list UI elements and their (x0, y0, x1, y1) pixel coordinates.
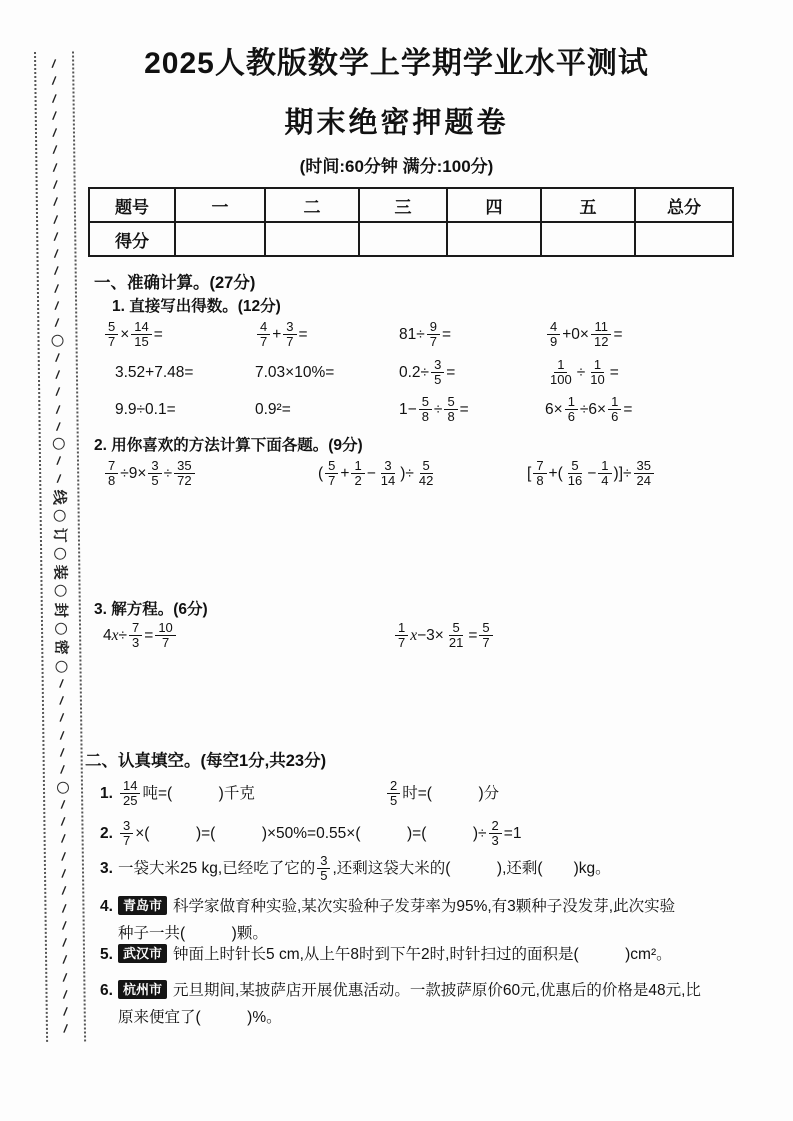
fraction: 14 (598, 459, 611, 487)
fraction: 107 (155, 621, 175, 649)
slash-mark: / (59, 695, 65, 707)
section2-heading: 二、认真填空。(每空1分,共23分) (85, 747, 326, 771)
item-text: 元旦期间,某披萨店开展优惠活动。一款披萨原价60元,优惠后的价格是48元,比 原… (118, 982, 701, 1026)
seal-char: 订 (52, 527, 67, 542)
exam-info: (时间:60分钟 满分:100分) (0, 152, 793, 177)
fraction: 73 (129, 621, 142, 649)
slash-mark: / (61, 833, 67, 845)
ring-mark (54, 548, 66, 560)
score-header-cell: 三 (359, 188, 447, 222)
page-subtitle: 期末绝密押题卷 (0, 100, 793, 141)
calc-row: 57×1415= 47+37= 81÷97= 49+0×1112= (103, 316, 623, 354)
slash-mark: / (54, 299, 60, 311)
fill-item: 4. 青岛市科学家做育种实验,某次实验种子发芽率为95%,有3颗种子没发芽,此次… (100, 893, 782, 947)
fraction: 58 (419, 395, 432, 423)
slash-mark: / (56, 472, 62, 484)
fill-item: 1. 1425吨=( )千克 (100, 780, 255, 808)
slash-mark: / (62, 919, 68, 931)
slash-mark: / (60, 729, 66, 741)
city-badge: 武汉市 (118, 944, 167, 963)
item-number: 1. (100, 780, 118, 807)
variable-x: x (112, 627, 119, 644)
item-number: 3. (100, 855, 118, 882)
fill-item: 6. 杭州市元旦期间,某披萨店开展优惠活动。一款披萨原价60元,优惠后的价格是4… (100, 977, 782, 1031)
calc-cell: 47+37= (255, 321, 399, 349)
score-value-row: 得分 (89, 222, 733, 256)
calc-cell: 49+0×1112= (545, 321, 623, 349)
slash-mark: / (54, 317, 60, 329)
item-number: 5. (100, 941, 118, 968)
calc-cell: 57×1415= (103, 321, 255, 349)
fraction: 16 (608, 395, 621, 423)
slash-mark: / (61, 850, 67, 862)
ring-mark (53, 438, 65, 450)
fraction: 23 (489, 819, 502, 847)
score-header-cell: 五 (541, 188, 635, 222)
fraction: 16 (565, 395, 578, 423)
calc-cell: 3.52+7.48= (103, 364, 255, 382)
fraction: 314 (378, 459, 398, 487)
slash-mark: / (61, 867, 67, 879)
score-header-row: 题号 一 二 三 四 五 总分 (89, 188, 733, 222)
item-text: 37×( )=( )×50%=0.55×( )=( )÷23=1 (118, 820, 521, 848)
ring-mark (55, 660, 67, 672)
item-text: 科学家做育种实验,某次实验种子发芽率为95%,有3颗种子没发芽,此次实验 种子一… (118, 898, 675, 942)
calc-cell: 1100÷110= (545, 359, 619, 387)
slash-mark: / (53, 179, 59, 191)
slash-mark: / (63, 988, 69, 1000)
ring-mark (54, 510, 66, 522)
slash-mark: / (56, 420, 62, 432)
calc-row: 9.9÷0.1= 0.9²= 1−58÷58= 6×16÷6×16= (103, 391, 632, 429)
fraction: 78 (105, 459, 118, 487)
slash-mark: / (55, 369, 61, 381)
item-text: 1425吨=( )千克 (118, 780, 255, 808)
fraction: 110 (587, 358, 607, 386)
slash-mark: / (59, 677, 65, 689)
slash-mark: / (55, 386, 61, 398)
seal-char: 装 (53, 565, 68, 580)
slash-mark: / (61, 816, 67, 828)
item-number: 4. (100, 893, 118, 920)
fraction: 57 (325, 459, 338, 487)
expression: (57+12−314)÷542 (318, 460, 438, 488)
city-badge: 杭州市 (118, 980, 167, 999)
fraction: 25 (387, 779, 400, 807)
slash-mark: / (62, 902, 68, 914)
fill-item: 2. 37×( )=( )×50%=0.55×( )=( )÷23=1 (100, 820, 521, 848)
item-body: 青岛市科学家做育种实验,某次实验种子发芽率为95%,有3颗种子没发芽,此次实验 … (118, 893, 675, 947)
slash-mark: / (54, 265, 60, 277)
slash-mark: / (60, 746, 66, 758)
fill-item: 5. 武汉市钟面上时针长5 cm,从上午8时到下午2时,时针扫过的面积是( )c… (100, 941, 782, 968)
fraction: 542 (416, 459, 436, 487)
fraction: 1425 (120, 779, 140, 807)
seal-char: 密 (54, 640, 69, 655)
calc-cell: 9.9÷0.1= (103, 401, 255, 419)
fraction: 521 (446, 621, 466, 649)
slash-mark: / (56, 403, 62, 415)
score-cell-empty (265, 222, 359, 256)
score-header-cell: 四 (447, 188, 541, 222)
calc-cell: 0.9²= (255, 401, 399, 419)
item-text: 钟面上时针长5 cm,从上午8时到下午2时,时针扫过的面积是( )cm²。 (173, 946, 672, 963)
item-body: 杭州市元旦期间,某披萨店开展优惠活动。一款披萨原价60元,优惠后的价格是48元,… (118, 977, 701, 1031)
fraction: 12 (351, 459, 364, 487)
fill-item: 25时=( )分 (385, 780, 499, 808)
equation: 4x÷73=107 (103, 622, 178, 650)
calc-row: 3.52+7.48= 7.03×10%= 0.2÷35= 1100÷110= (103, 354, 619, 392)
fraction: 3572 (174, 459, 194, 487)
fraction: 516 (565, 459, 585, 487)
fraction: 47 (257, 320, 270, 348)
item-text: 一袋大米25 kg,已经吃了它的35,还剩这袋大米的( ),还剩( )kg。 (118, 855, 611, 883)
fraction: 1415 (131, 320, 151, 348)
ring-mark (57, 781, 69, 793)
fraction: 57 (105, 320, 118, 348)
score-cell-empty (359, 222, 447, 256)
slash-mark: / (55, 351, 61, 363)
fraction: 78 (533, 459, 546, 487)
score-table: 题号 一 二 三 四 五 总分 得分 (88, 187, 734, 257)
slash-mark: / (53, 230, 59, 242)
slash-mark: / (59, 712, 65, 724)
fraction: 1100 (547, 358, 575, 386)
variable-x: x (410, 627, 417, 644)
calc-cell: 6×16÷6×16= (545, 396, 632, 424)
calc-cell: 1−58÷58= (399, 396, 545, 424)
slash-mark: / (60, 764, 66, 776)
slash-mark: / (56, 455, 62, 467)
ring-mark (51, 334, 63, 346)
seal-char: 线 (52, 490, 67, 505)
score-header-cell: 二 (265, 188, 359, 222)
fraction: 49 (547, 320, 560, 348)
binding-seal-strip: ///////////////////////线订装封密////////////… (34, 52, 86, 1042)
slash-mark: / (54, 282, 60, 294)
item-number: 2. (100, 820, 118, 847)
slash-mark: / (63, 1006, 69, 1018)
q2-heading: 2. 用你喜欢的方法计算下面各题。(9分) (94, 433, 363, 455)
section1-heading: 一、准确计算。(27分) (94, 269, 255, 293)
slash-mark: / (62, 937, 68, 949)
fraction: 35 (317, 854, 330, 882)
fraction: 37 (283, 320, 296, 348)
equation: 17x−3×521=57 (393, 622, 495, 650)
slash-mark: / (63, 1023, 69, 1035)
score-header-cell: 总分 (635, 188, 733, 222)
fraction: 17 (395, 621, 408, 649)
item-number: 6. (100, 977, 118, 1004)
score-cell-empty (635, 222, 733, 256)
fraction: 37 (120, 819, 133, 847)
fraction: 58 (444, 395, 457, 423)
expression: [78+(516−14)]÷3524 (527, 460, 656, 488)
city-badge: 青岛市 (118, 896, 167, 915)
fraction: 35 (148, 459, 161, 487)
slash-mark: / (53, 213, 59, 225)
score-cell-empty (541, 222, 635, 256)
q1-heading: 1. 直接写出得数。(12分) (112, 294, 281, 316)
expression: 78÷9×35÷3572 (103, 460, 197, 488)
fraction: 57 (479, 621, 492, 649)
score-header-cell: 题号 (89, 188, 175, 222)
score-cell-empty (175, 222, 265, 256)
fraction: 35 (431, 358, 444, 386)
slash-mark: / (53, 196, 59, 208)
ring-mark (55, 623, 67, 635)
q3-heading: 3. 解方程。(6分) (94, 597, 208, 619)
score-cell-empty (447, 222, 541, 256)
fraction: 97 (427, 320, 440, 348)
fraction: 3524 (634, 459, 654, 487)
item-body: 武汉市钟面上时针长5 cm,从上午8时到下午2时,时针扫过的面积是( )cm²。 (118, 941, 672, 968)
slash-mark: / (62, 954, 68, 966)
calc-cell: 7.03×10%= (255, 364, 399, 382)
ring-mark (55, 585, 67, 597)
calc-cell: 81÷97= (399, 321, 545, 349)
slash-mark: / (61, 885, 67, 897)
slash-mark: / (54, 248, 60, 260)
score-header-cell: 一 (175, 188, 265, 222)
fraction: 1112 (591, 320, 611, 348)
slash-mark: / (60, 798, 66, 810)
slash-mark: / (62, 971, 68, 983)
page-title: 2025人教版数学上学期学业水平测试 (0, 38, 793, 82)
seal-char: 封 (53, 602, 68, 617)
score-row-label: 得分 (89, 222, 175, 256)
fill-item: 3. 一袋大米25 kg,已经吃了它的35,还剩这袋大米的( ),还剩( )kg… (100, 855, 611, 883)
calc-cell: 0.2÷35= (399, 359, 545, 387)
